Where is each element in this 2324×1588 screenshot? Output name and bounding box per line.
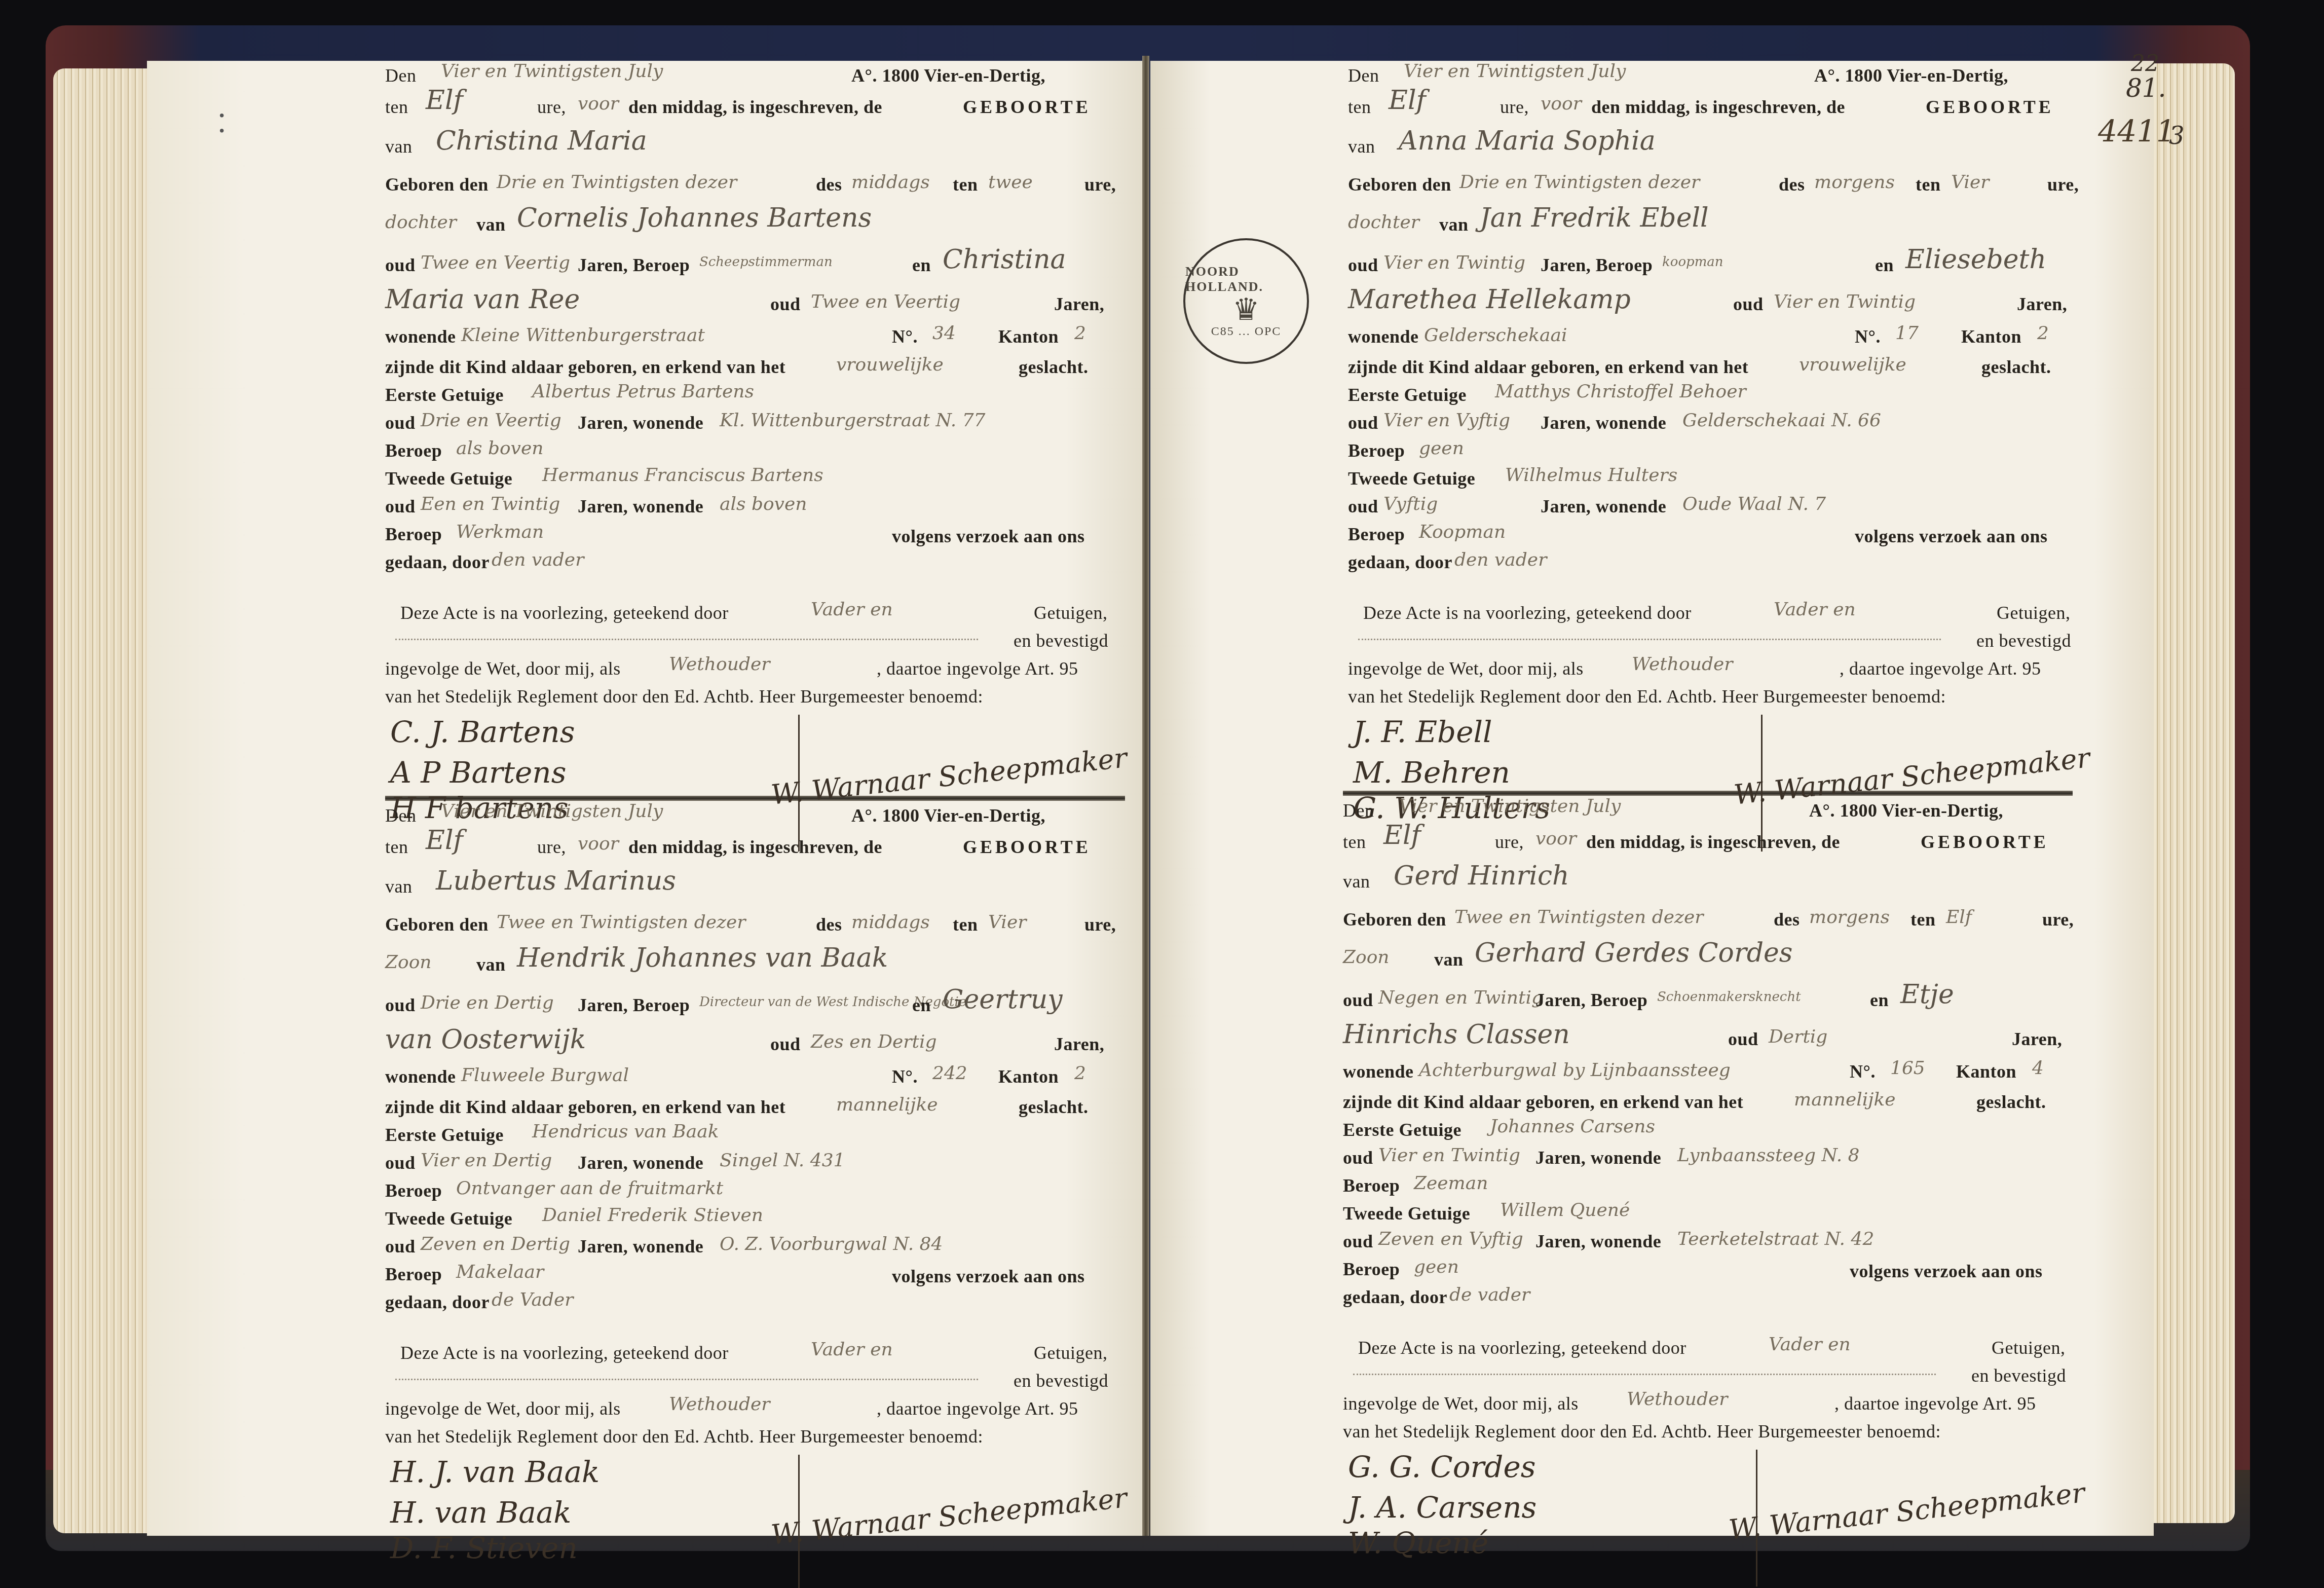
label-geslacht: geslacht. [1981,356,2051,378]
house-number: 34 [932,323,956,344]
birth-hour: twee [988,172,1033,193]
kanton-number: 4 [2032,1058,2044,1079]
label-middag: den middag, is ingeschreven, de [628,96,882,118]
house-number: 17 [1895,323,1919,344]
birth-day: Twee en Twintigsten dezer [497,912,746,933]
label-jaren-wonende: Jaren, wonende [578,1152,703,1173]
stamp-text-top: NOORD HOLLAND. [1185,264,1307,294]
label-ten: ten [385,836,408,858]
relation: dochter [1348,212,1419,233]
witness2-address: O. Z. Voorburgwal N. 84 [720,1234,943,1254]
witness1-occupation: Zeeman [1414,1173,1488,1194]
witness1-address: Gelderschekaai N. 66 [1682,410,1881,431]
witness1-age: Vier en Dertig [421,1150,552,1171]
father-name: Gerhard Gerdes Cordes [1475,938,1792,968]
witness2-address: als boven [720,494,807,514]
label-middag: den middag, is ingeschreven, de [1586,831,1840,853]
witness2-address: Oude Waal N. 7 [1682,494,1826,514]
label-deze-acte: Deze Acte is na voorlezing, geteekend do… [1363,602,1692,623]
mother-name: van Oosterwijk [385,1024,586,1055]
witness1-occupation: als boven [456,438,543,459]
mother-first-name: Geertruy [943,984,1063,1015]
label-oud-4: oud [1343,1231,1373,1252]
mother-first-name: Etje [1900,979,1954,1010]
official-title: Wethouder [669,654,770,675]
signature-1: J. F. Ebell [1353,715,1492,749]
signature-2: M. Behren [1353,755,1510,790]
label-deze-acte: Deze Acte is na voorlezing, geteekend do… [400,1342,729,1363]
label-oud: oud [1348,254,1378,276]
voor-na: voor [1535,828,1577,849]
witness2-age: Zeven en Dertig [421,1234,570,1254]
label-des: des [1779,174,1805,195]
label-jaren-beroep: Jaren, Beroep [578,994,690,1016]
label-gedaan: gedaan, door [385,551,490,573]
label-ten: ten [385,96,408,118]
child-name: Anna Maria Sophia [1399,126,1656,156]
label-no: N°. [1850,1061,1876,1082]
witness2-occupation: Makelaar [456,1262,544,1282]
label-anno: A°. 1800 Vier-en-Dertig, [1814,65,2008,86]
label-anno: A°. 1800 Vier-en-Dertig, [851,805,1045,826]
witness1-name: Johannes Carsens [1490,1116,1655,1137]
relation: Zoon [385,952,432,973]
child-sex: vrouwelijke [1799,354,1906,375]
birth-part-of-day: middags [851,912,930,933]
label-jaren-beroep: Jaren, Beroep [1535,989,1647,1011]
voor-na: voor [1541,93,1582,114]
witness1-address: Lynbaanssteeg N. 8 [1677,1145,1859,1166]
label-van-2: van [1434,949,1464,970]
witness1-address: Kl. Wittenburgerstraat N. 77 [720,410,985,431]
mother-first-name: Eliesebeth [1905,244,2046,275]
label-beroep-2: Beroep [1343,1259,1400,1280]
label-den: Den [1348,65,1379,86]
label-kanton: Kanton [1956,1061,2016,1082]
label-geboren-den: Geboren den [1348,174,1451,195]
label-jaren-wonende-2: Jaren, wonende [578,496,703,517]
label-wonende: wonende [385,1066,456,1087]
witness2-age: Vyftig [1383,494,1438,514]
signature-2: A P Bartens [390,755,566,790]
label-jaren-wonende: Jaren, wonende [1541,412,1666,433]
label-daartoe: , daartoe ingevolge Art. 95 [877,658,1078,679]
label-getuigen: Getuigen, [1992,1337,2065,1358]
signature-1: H. J. van Baak [390,1455,599,1489]
address: Achterburgwal by Lijnbaanssteeg [1419,1060,1731,1081]
father-name: Jan Fredrik Ebell [1480,203,1709,233]
label-middag: den middag, is ingeschreven, de [1591,96,1845,118]
registration-date: Vier en Twintigsten July [441,61,663,82]
relation: Zoon [1343,947,1390,968]
label-jaren-wonende: Jaren, wonende [578,412,703,433]
witness2-occupation: Koopman [1419,522,1506,542]
label-geboorte: GEBOORTE [1921,831,2049,853]
label-eerste-getuige: Eerste Getuige [385,384,504,405]
label-den: Den [1343,800,1374,821]
label-jaren-beroep: Jaren, Beroep [578,254,690,276]
father-name: Cornelis Johannes Bartens [517,203,872,233]
edge-mark: 3 [2169,122,2185,150]
label-ure: ure, [1495,831,1524,853]
label-van: van [385,136,412,157]
label-reglement: van het Stedelijk Reglement door den Ed.… [385,1426,983,1447]
label-bevestigd: en bevestigd [1014,630,1108,651]
label-en: en [1870,989,1889,1011]
label-eerste-getuige: Eerste Getuige [385,1124,504,1146]
signed-by: Vader en [811,599,893,620]
mother-name: Marethea Hellekamp [1348,284,1631,315]
label-beroep-2: Beroep [385,524,442,545]
label-oud: oud [1343,989,1373,1011]
label-beroep: Beroep [1343,1175,1400,1196]
witness1-name: Albertus Petrus Bartens [532,381,754,402]
label-gedaan: gedaan, door [385,1291,490,1313]
birth-part-of-day: middags [851,172,930,193]
child-sex: mannelijke [1794,1089,1896,1110]
label-ten: ten [1348,96,1371,118]
label-ingevolge: ingevolge de Wet, door mij, als [385,1398,621,1419]
father-age: Vier en Twintig [1383,252,1525,273]
margin-marks: •• [218,109,226,139]
label-eerste-getuige: Eerste Getuige [1343,1119,1461,1140]
relation: dochter [385,212,457,233]
label-en: en [912,254,931,276]
label-reglement: van het Stedelijk Reglement door den Ed.… [1343,1421,1941,1442]
father-occupation: koopman [1662,254,1723,270]
witness2-age: Een en Twintig [421,494,560,514]
birth-day: Drie en Twintigsten dezer [1459,172,1700,193]
official-title: Wethouder [1632,654,1733,675]
label-bevestigd: en bevestigd [1976,630,2071,651]
official-title: Wethouder [669,1394,770,1415]
registration-hour: Elf [1383,820,1421,851]
registration-date: Vier en Twintigsten July [441,801,663,822]
label-ingevolge: ingevolge de Wet, door mij, als [1348,658,1584,679]
label-van-2: van [476,214,506,235]
label-gedaan: gedaan, door [1348,551,1452,573]
label-wonende: wonende [1343,1061,1414,1082]
label-ingevolge: ingevolge de Wet, door mij, als [385,658,621,679]
father-occupation: Scheepstimmerman [699,254,833,270]
label-kanton: Kanton [998,1066,1059,1087]
birth-day: Twee en Twintigsten dezer [1454,907,1704,928]
label-oud-2: oud [770,1033,801,1055]
label-no: N°. [892,326,918,347]
noord-holland-stamp: NOORD HOLLAND. ♛ C85 ... OPC [1183,238,1309,364]
witness1-name: Matthys Christoffel Behoer [1495,381,1746,402]
child-name: Christina Maria [436,126,647,156]
witness1-age: Vier en Vyftig [1383,410,1510,431]
label-ure-2: ure, [1084,914,1116,935]
father-age: Negen en Twintig [1378,987,1543,1008]
witness1-occupation: Ontvanger aan de fruitmarkt [456,1178,723,1199]
page-edges-right [2154,63,2235,1523]
label-reglement: van het Stedelijk Reglement door den Ed.… [385,686,983,707]
label-jaren-beroep: Jaren, Beroep [1541,254,1653,276]
mother-name: Maria van Ree [385,284,580,315]
label-jaren: Jaren, [2012,1028,2062,1050]
label-den: Den [385,805,416,826]
margin-annotation: 4411 [2098,114,2176,150]
birth-part-of-day: morgens [1814,172,1895,193]
signed-by: Vader en [1769,1334,1851,1355]
voor-na: voor [578,93,619,114]
label-ten: ten [1343,831,1366,853]
label-ure: ure, [1500,96,1529,118]
label-geslacht: geslacht. [1019,1096,1088,1118]
birth-hour: Vier [1951,172,1989,193]
label-deze-acte: Deze Acte is na voorlezing, geteekend do… [400,602,729,623]
registration-date: Vier en Twintigsten July [1399,796,1621,817]
label-geboorte: GEBOORTE [963,836,1091,858]
mother-age: Twee en Veertig [811,291,960,312]
label-no: N°. [1855,326,1881,347]
label-zijnde: zijnde dit Kind aldaar geboren, en erken… [385,356,785,378]
label-getuigen: Getuigen, [1997,602,2070,623]
address: Kleine Wittenburgerstraat [461,325,705,346]
label-zijnde: zijnde dit Kind aldaar geboren, en erken… [385,1096,785,1118]
child-sex: mannelijke [836,1094,938,1115]
kanton-number: 2 [1074,1063,1086,1084]
label-kanton: Kanton [1961,326,2021,347]
label-oud-3: oud [385,1152,416,1173]
label-wonende: wonende [1348,326,1419,347]
father-occupation: Schoenmakersknecht [1657,989,1801,1005]
registration-hour: Elf [426,825,463,856]
label-getuigen: Getuigen, [1034,1342,1107,1363]
father-age: Twee en Veertig [421,252,570,273]
witness2-address: Teerketelstraat N. 42 [1677,1229,1874,1249]
label-zijnde: zijnde dit Kind aldaar geboren, en erken… [1343,1091,1743,1113]
label-ingevolge: ingevolge de Wet, door mij, als [1343,1393,1579,1414]
label-jaren-wonende-2: Jaren, wonende [578,1236,703,1257]
label-van-2: van [1439,214,1469,235]
label-oud-3: oud [1348,412,1378,433]
signed-by: Vader en [1774,599,1856,620]
label-geboren-den: Geboren den [385,914,489,935]
label-den: Den [385,65,416,86]
mother-age: Zes en Dertig [811,1031,937,1052]
witness1-address: Singel N. 431 [720,1150,845,1171]
witness2-name: Daniel Frederik Stieven [542,1205,763,1226]
label-ure: ure, [537,96,566,118]
birth-day: Drie en Twintigsten dezer [497,172,737,193]
label-jaren: Jaren, [1054,293,1104,315]
label-ure-2: ure, [1084,174,1116,195]
witness2-occupation: geen [1414,1257,1459,1277]
label-daartoe: , daartoe ingevolge Art. 95 [1840,658,2041,679]
label-wonende: wonende [385,326,456,347]
witness1-age: Vier en Twintig [1378,1145,1520,1166]
page-number: 81. [2126,73,2166,103]
witness2-name: Wilhelmus Hulters [1505,465,1677,486]
label-beroep: Beroep [1348,440,1405,461]
label-bevestigd: en bevestigd [1971,1365,2066,1386]
label-middag: den middag, is ingeschreven, de [628,836,882,858]
label-beroep-2: Beroep [385,1264,442,1285]
page-edges-left [53,68,149,1533]
signature-3: W. Quené [1348,1526,1488,1560]
page-number-top: 22 [2131,51,2159,77]
label-oud-4: oud [385,1236,416,1257]
address: Gelderschekaai [1424,325,1567,346]
birth-hour: Vier [988,912,1026,933]
mother-age: Vier en Twintig [1774,291,1916,312]
mother-name: Hinrichs Classen [1343,1019,1570,1050]
label-volgens: volgens verzoek aan ons [892,526,1085,547]
label-oud-4: oud [385,496,416,517]
kanton-number: 2 [1074,323,1086,344]
child-name: Lubertus Marinus [436,866,676,896]
kanton-number: 2 [2037,323,2049,344]
label-van-2: van [476,954,506,975]
label-kanton: Kanton [998,326,1059,347]
label-jaren: Jaren, [1054,1033,1104,1055]
requested-by: de Vader [492,1289,574,1310]
father-age: Drie en Dertig [421,992,554,1013]
witness2-name: Willem Quené [1500,1200,1630,1221]
label-beroep-2: Beroep [1348,524,1405,545]
label-van: van [1343,871,1370,892]
label-oud-3: oud [1343,1147,1373,1168]
label-beroep: Beroep [385,440,442,461]
label-des: des [816,914,842,935]
label-oud: oud [385,994,416,1016]
label-oud-2: oud [770,293,801,315]
label-ten-2: ten [953,174,978,195]
label-jaren: Jaren, [2017,293,2067,315]
label-jaren-wonende-2: Jaren, wonende [1535,1231,1661,1252]
label-geslacht: geslacht. [1019,356,1088,378]
label-des: des [816,174,842,195]
label-tweede-getuige: Tweede Getuige [385,1208,512,1229]
signed-by: Vader en [811,1339,893,1360]
label-daartoe: , daartoe ingevolge Art. 95 [1834,1393,2036,1414]
father-name: Hendrik Johannes van Baak [517,943,888,973]
label-volgens: volgens verzoek aan ons [1850,1261,2043,1282]
label-zijnde: zijnde dit Kind aldaar geboren, en erken… [1348,356,1748,378]
signature-3: D. F. Stieven [390,1531,578,1565]
label-beroep: Beroep [385,1180,442,1201]
voor-na: voor [578,833,619,854]
registration-hour: Elf [426,85,463,116]
witness1-age: Drie en Veertig [421,410,561,431]
label-eerste-getuige: Eerste Getuige [1348,384,1467,405]
label-anno: A°. 1800 Vier-en-Dertig, [851,65,1045,86]
label-volgens: volgens verzoek aan ons [892,1266,1085,1287]
registration-date: Vier en Twintigsten July [1404,61,1626,82]
label-reglement: van het Stedelijk Reglement door den Ed.… [1348,686,1946,707]
label-deze-acte: Deze Acte is na voorlezing, geteekend do… [1358,1337,1686,1358]
signature-2: H. van Baak [390,1495,572,1530]
label-bevestigd: en bevestigd [1014,1370,1108,1391]
label-anno: A°. 1800 Vier-en-Dertig, [1809,800,2003,821]
signature-2: J. A. Carsens [1348,1490,1536,1525]
label-des: des [1774,909,1800,930]
official-title: Wethouder [1627,1389,1728,1410]
label-en: en [1875,254,1894,276]
birth-hour: Elf [1946,907,1972,928]
crown-icon: ♛ [1232,294,1260,325]
label-oud: oud [385,254,416,276]
witness1-name: Hendricus van Baak [532,1121,719,1142]
book-gutter [1142,56,1149,1536]
label-tweede-getuige: Tweede Getuige [1343,1203,1470,1224]
house-number: 165 [1890,1058,1925,1079]
label-en: en [912,994,931,1016]
label-ten-2: ten [1916,174,1941,195]
label-geboorte: GEBOORTE [1926,96,2054,118]
label-no: N°. [892,1066,918,1087]
witness2-name: Hermanus Franciscus Bartens [542,465,823,486]
requested-by: den vader [1454,549,1547,570]
label-jaren-wonende: Jaren, wonende [1535,1147,1661,1168]
label-geboren-den: Geboren den [1343,909,1446,930]
mother-first-name: Christina [943,244,1066,275]
label-ten-2: ten [953,914,978,935]
label-jaren-wonende-2: Jaren, wonende [1541,496,1666,517]
signature-1: G. G. Cordes [1348,1450,1536,1484]
label-oud-2: oud [1728,1028,1758,1050]
label-daartoe: , daartoe ingevolge Art. 95 [877,1398,1078,1419]
label-geboren-den: Geboren den [385,174,489,195]
stamp-text-bottom: C85 ... OPC [1211,325,1282,339]
label-oud-2: oud [1733,293,1764,315]
witness1-occupation: geen [1419,438,1464,459]
house-number: 242 [932,1063,967,1084]
birth-part-of-day: morgens [1809,907,1890,928]
label-oud-4: oud [1348,496,1378,517]
label-ure-2: ure, [2047,174,2079,195]
requested-by: den vader [492,549,584,570]
label-van: van [385,876,412,897]
label-gedaan: gedaan, door [1343,1286,1447,1308]
child-name: Gerd Hinrich [1394,861,1569,891]
label-oud-3: oud [385,412,416,433]
label-geslacht: geslacht. [1976,1091,2046,1113]
label-van: van [1348,136,1375,157]
label-getuigen: Getuigen, [1034,602,1107,623]
mother-age: Dertig [1769,1026,1827,1047]
label-ten-2: ten [1910,909,1936,930]
witness2-occupation: Werkman [456,522,544,542]
label-tweede-getuige: Tweede Getuige [1348,468,1475,489]
child-sex: vrouwelijke [836,354,944,375]
signature-1: C. J. Bartens [390,715,575,749]
label-ure-2: ure, [2042,909,2074,930]
label-tweede-getuige: Tweede Getuige [385,468,512,489]
label-volgens: volgens verzoek aan ons [1855,526,2048,547]
label-ure: ure, [537,836,566,858]
witness2-age: Zeven en Vyftig [1378,1229,1523,1249]
requested-by: de vader [1449,1284,1530,1305]
address: Fluweele Burgwal [461,1065,629,1086]
label-geboorte: GEBOORTE [963,96,1091,118]
registration-hour: Elf [1389,85,1426,116]
